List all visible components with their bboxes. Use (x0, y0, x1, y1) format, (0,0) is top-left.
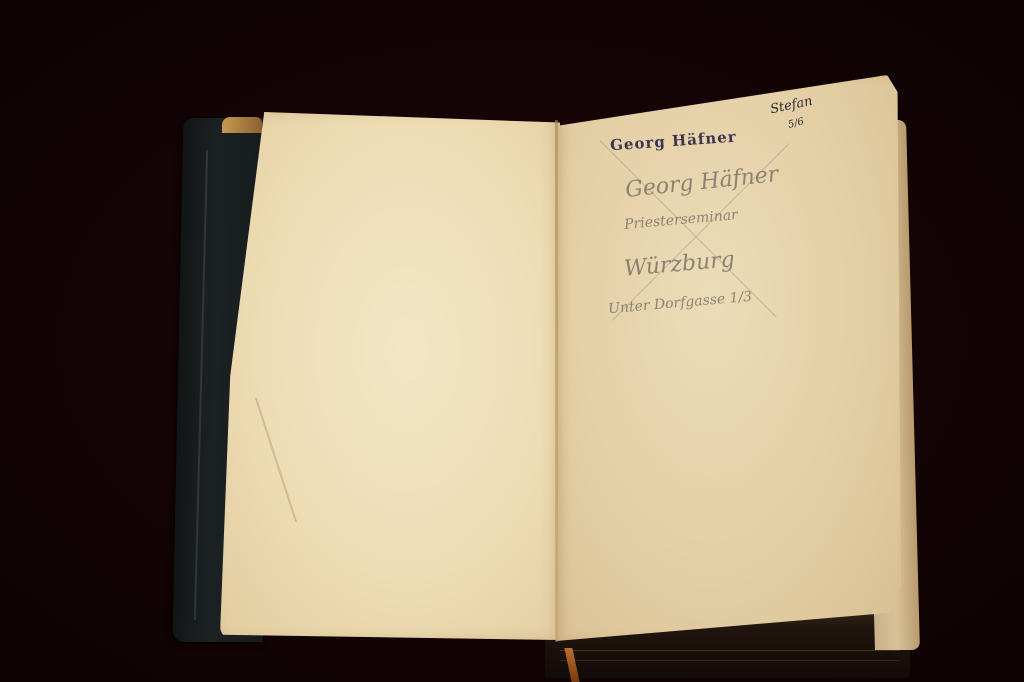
page-edge-lines (560, 650, 900, 651)
book-gutter (555, 120, 558, 642)
left-page (220, 112, 560, 640)
photo-scene: Georg Häfner Stefan 5/6 Georg Häfner Pri… (0, 0, 1024, 682)
right-page (556, 75, 901, 641)
worn-cover-corner (222, 117, 262, 133)
